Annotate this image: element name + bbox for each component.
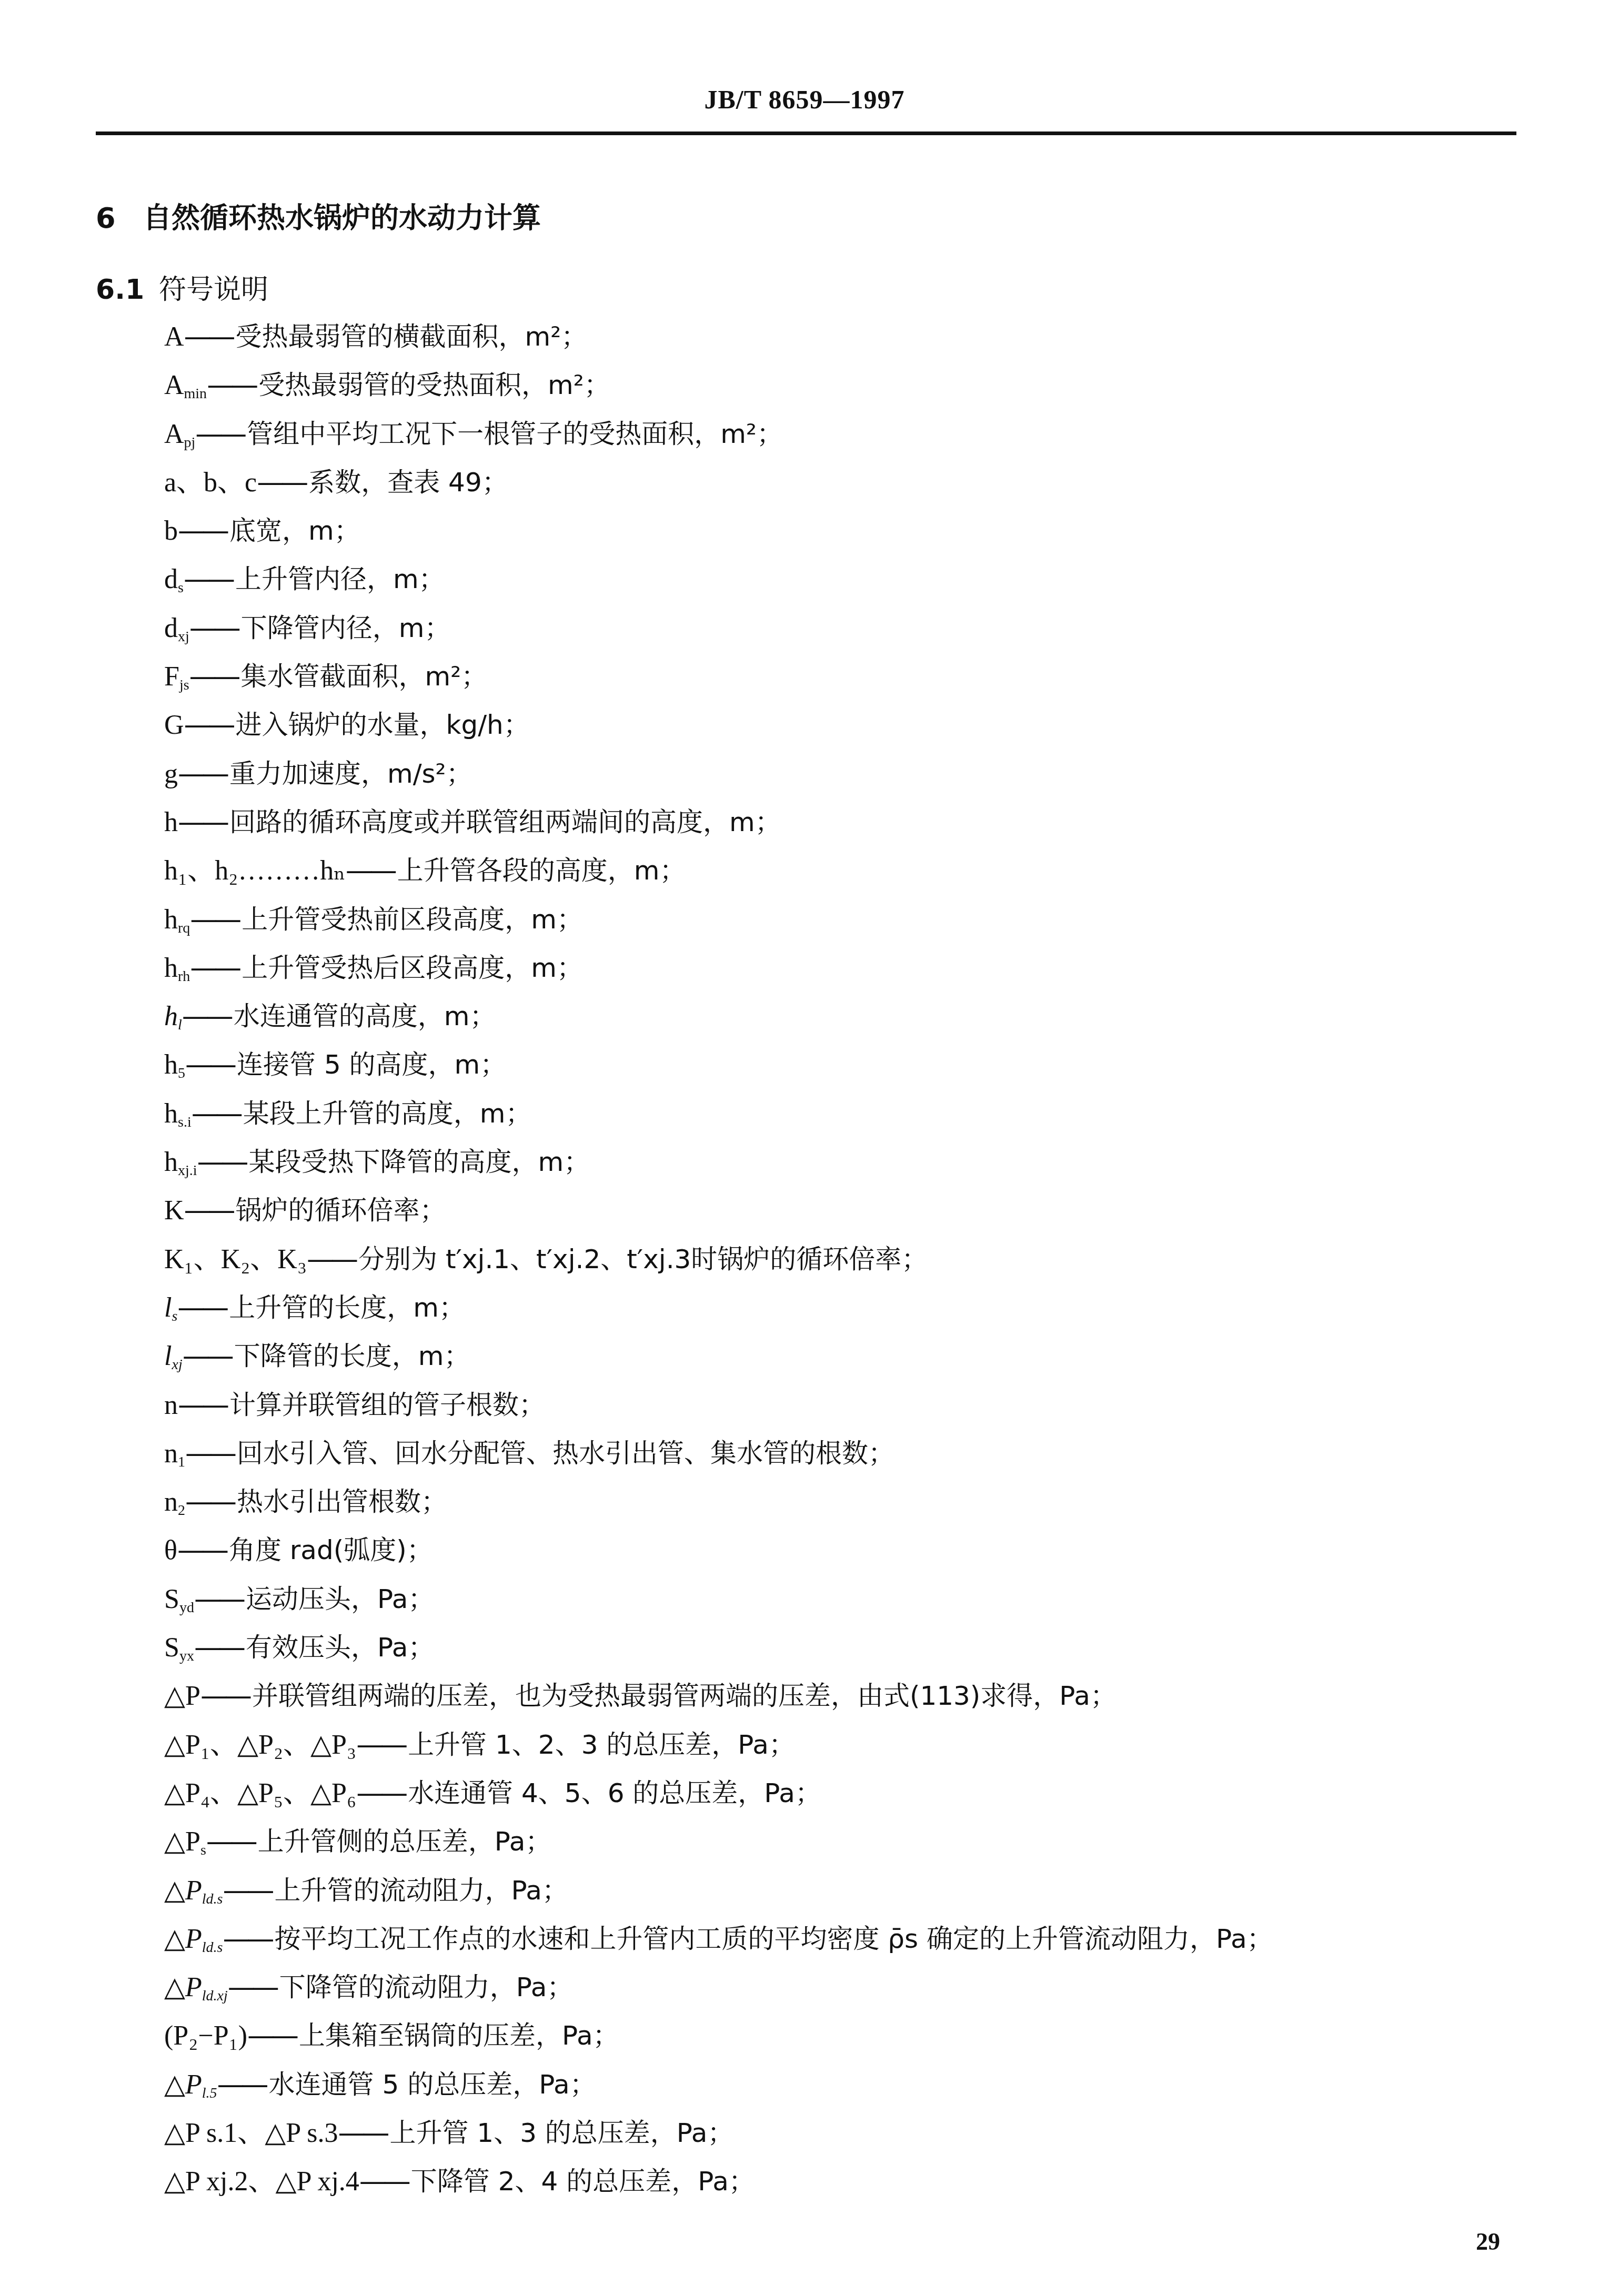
em-dash-separator: ——: [185, 1438, 234, 1469]
em-dash-separator: ——: [185, 1486, 234, 1518]
em-dash-separator: ——: [207, 369, 255, 401]
em-dash-separator: ——: [338, 2117, 386, 2149]
em-dash-separator: ——: [247, 2020, 296, 2051]
symbol: △Pld.s: [164, 1876, 223, 1906]
em-dash-separator: ——: [192, 1098, 240, 1129]
symbol-entry: △Pld.xj——下降管的流动阻力，Pa；: [164, 1963, 1532, 2011]
symbol-description: 上升管内径，m；: [235, 564, 445, 594]
symbol-description: 下降管 2、4 的总压差，Pa；: [411, 2166, 755, 2197]
symbol-entry: Syx——有效压头，Pa；: [164, 1623, 1532, 1672]
symbol: θ: [164, 1535, 177, 1565]
section-title: 自然循环热水锅炉的水动力计算: [143, 201, 541, 235]
symbol-entry: △Pld.s——按平均工况工作点的水速和上升管内工质的平均密度 ρ̄s 确定的上…: [164, 1915, 1532, 1963]
symbol-description: 水连通管的高度，m；: [234, 1001, 496, 1031]
em-dash-separator: ——: [194, 1583, 243, 1615]
symbol: Fjs: [164, 662, 189, 692]
em-dash-separator: ——: [307, 1243, 355, 1275]
symbol-entry: Apj——管组中平均工况下一根管子的受热面积，m²；: [164, 410, 1532, 458]
symbol: △Pld.s: [164, 1924, 223, 1954]
symbol-description: 水连通管 5 的总压差，Pa；: [269, 2069, 596, 2100]
symbol: △Pld.xj: [164, 1973, 228, 2002]
em-dash-separator: ——: [223, 1875, 271, 1906]
symbol-description: 下降管内径，m；: [241, 613, 451, 643]
symbol-entry: (P₂−P₁)——上集箱至锅筒的压差，Pa；: [164, 2011, 1532, 2060]
header-rule: [96, 132, 1516, 135]
symbol-entry: hrh——上升管受热后区段高度，m；: [164, 944, 1532, 992]
symbol-description: 回路的循环高度或并联管组两端间的高度，m；: [229, 807, 781, 837]
em-dash-separator: ——: [206, 1826, 255, 1857]
symbol-entry: g——重力加速度，m/s²；: [164, 750, 1532, 798]
symbol-description: 系数，查表 49；: [308, 467, 508, 498]
symbol-entry: dxj——下降管内径，m；: [164, 604, 1532, 652]
symbol-entry: △P₁、△P₂、△P₃——上升管 1、2、3 的总压差，Pa；: [164, 1721, 1532, 1769]
symbol-entry: hs.i——某段上升管的高度，m；: [164, 1089, 1532, 1138]
symbol-description: 并联管组两端的压差，也为受热最弱管两端的压差，由式(113)求得，Pa；: [252, 1681, 1117, 1711]
symbol: △P s.1、△P s.3: [164, 2118, 338, 2148]
symbol-description: 上升管 1、2、3 的总压差，Pa；: [408, 1729, 795, 1760]
em-dash-separator: ——: [183, 1340, 231, 1372]
em-dash-separator: ——: [184, 709, 233, 741]
symbol-entry: G——进入锅炉的水量，kg/h；: [164, 701, 1532, 749]
subsection-heading: 6.1符号说明: [96, 267, 268, 307]
section-heading: 6自然循环热水锅炉的水动力计算: [96, 196, 541, 236]
symbol-entry: a、b、c——系数，查表 49；: [164, 458, 1532, 507]
symbol: Apj: [164, 419, 195, 449]
symbol-entry: Fjs——集水管截面积，m²；: [164, 652, 1532, 701]
symbol: h5: [164, 1050, 185, 1080]
symbol: n1: [164, 1439, 185, 1469]
symbol: ds: [164, 564, 184, 594]
symbol-description: 受热最弱管的横截面积，m²；: [236, 321, 588, 352]
symbol: △Pl.5: [164, 2070, 217, 2100]
symbol-description: 水连通管 4、5、6 的总压差，Pa；: [408, 1778, 821, 1808]
symbol: h₁、h₂………hₙ: [164, 856, 346, 886]
em-dash-separator: ——: [178, 1389, 226, 1421]
symbol: a、b、c: [164, 468, 257, 498]
em-dash-separator: ——: [197, 1146, 246, 1178]
symbol-description: 上升管 1、3 的总压差，Pa；: [389, 2118, 733, 2148]
symbol-description: 上升管的流动阻力，Pa；: [274, 1875, 568, 1906]
symbol-description: 计算并联管组的管子根数；: [229, 1390, 545, 1420]
em-dash-separator: ——: [223, 1923, 271, 1955]
symbol: n: [164, 1390, 178, 1420]
symbol: hrh: [164, 953, 190, 983]
symbol: △P₁、△P₂、△P₃: [164, 1730, 356, 1760]
symbol-entry: hrq——上升管受热前区段高度，m；: [164, 895, 1532, 944]
symbol-entry: △Ps——上升管侧的总压差，Pa；: [164, 1817, 1532, 1866]
symbol: hrq: [164, 905, 190, 935]
em-dash-separator: ——: [200, 1680, 249, 1712]
symbol-description: 下降管的流动阻力，Pa；: [279, 1972, 574, 2002]
symbol-description: 某段受热下降管的高度，m；: [249, 1147, 590, 1177]
symbol-description: 某段上升管的高度，m；: [243, 1098, 532, 1129]
em-dash-separator: ——: [178, 806, 226, 838]
symbol: △P₄、△P₅、△P₆: [164, 1778, 356, 1808]
em-dash-separator: ——: [228, 1971, 276, 2003]
em-dash-separator: ——: [356, 1729, 405, 1761]
symbol-entry: △P₄、△P₅、△P₆——水连通管 4、5、6 的总压差，Pa；: [164, 1769, 1532, 1817]
symbol: hs.i: [164, 1099, 192, 1129]
em-dash-separator: ——: [195, 418, 244, 450]
symbol-entry: △P s.1、△P s.3——上升管 1、3 的总压差，Pa；: [164, 2109, 1532, 2157]
symbol: lxj: [164, 1341, 183, 1371]
em-dash-separator: ——: [177, 1534, 226, 1566]
symbol: A: [164, 322, 184, 352]
symbol-entry: h——回路的循环高度或并联管组两端间的高度，m；: [164, 798, 1532, 846]
subsection-number: 6.1: [96, 274, 159, 306]
symbol-entry: lxj——下降管的长度，m；: [164, 1332, 1532, 1380]
em-dash-separator: ——: [359, 2166, 408, 2197]
symbol: hl: [164, 1002, 182, 1031]
symbol: K: [164, 1196, 184, 1226]
em-dash-separator: ——: [356, 1777, 405, 1809]
symbol-entry: n1——回水引入管、回水分配管、热水引出管、集水管的根数；: [164, 1429, 1532, 1478]
symbol-description: 按平均工况工作点的水速和上升管内工质的平均密度 ρ̄s 确定的上升管流动阻力，P…: [274, 1924, 1273, 1954]
symbol-entry: Amin——受热最弱管的受热面积，m²；: [164, 361, 1532, 409]
symbol-entry: ds——上升管内径，m；: [164, 555, 1532, 603]
symbol-entry: n——计算并联管组的管子根数；: [164, 1381, 1532, 1429]
symbol-entry: h5——连接管 5 的高度，m；: [164, 1040, 1532, 1089]
symbol: Syx: [164, 1633, 194, 1663]
symbol: Amin: [164, 370, 207, 400]
symbol: (P₂−P₁): [164, 2021, 247, 2051]
symbol-description: 锅炉的循环倍率；: [236, 1195, 446, 1226]
em-dash-separator: ——: [217, 2069, 266, 2100]
symbol-description: 上升管的长度，m；: [229, 1292, 465, 1323]
symbol-list: A——受热最弱管的横截面积，m²；Amin——受热最弱管的受热面积，m²；Apj…: [164, 312, 1532, 2206]
symbol: b: [164, 516, 178, 546]
em-dash-separator: ——: [257, 467, 305, 498]
em-dash-separator: ——: [184, 321, 233, 352]
symbol: n2: [164, 1487, 185, 1517]
subsection-title: 符号说明: [159, 274, 268, 306]
section-number: 6: [96, 201, 143, 235]
symbol-entry: θ——角度 rad(弧度)；: [164, 1526, 1532, 1574]
symbol-description: 分别为 t′xj.1、t′xj.2、t′xj.3时锅炉的循环倍率；: [358, 1244, 928, 1275]
symbol-description: 进入锅炉的水量，kg/h；: [236, 710, 530, 740]
symbol: ls: [164, 1293, 177, 1323]
page-number: 29: [1476, 2228, 1500, 2255]
symbol-entry: K₁、K₂、K₃——分别为 t′xj.1、t′xj.2、t′xj.3时锅炉的循环…: [164, 1235, 1532, 1283]
symbol-description: 连接管 5 的高度，m；: [237, 1049, 506, 1080]
symbol-entry: ls——上升管的长度，m；: [164, 1283, 1532, 1332]
standard-code-header: JB/T 8659—1997: [0, 84, 1609, 115]
symbol: g: [164, 759, 178, 789]
em-dash-separator: ——: [178, 515, 226, 547]
symbol-description: 管组中平均工况下一根管子的受热面积，m²；: [247, 419, 783, 449]
em-dash-separator: ——: [177, 1292, 226, 1323]
symbol: h: [164, 807, 178, 837]
symbol-entry: h₁、h₂………hₙ——上升管各段的高度，m；: [164, 846, 1532, 895]
symbol-description: 回水引入管、回水分配管、热水引出管、集水管的根数；: [237, 1438, 894, 1469]
symbol-description: 受热最弱管的受热面积，m²；: [258, 370, 610, 400]
symbol: hxj.i: [164, 1147, 197, 1177]
em-dash-separator: ——: [185, 1049, 234, 1080]
symbol-description: 上升管受热后区段高度，m；: [242, 953, 583, 983]
symbol-entry: △Pld.s——上升管的流动阻力，Pa；: [164, 1866, 1532, 1915]
em-dash-separator: ——: [184, 1195, 233, 1226]
symbol: △Ps: [164, 1827, 206, 1857]
symbol-description: 底宽，m；: [229, 515, 360, 546]
em-dash-separator: ——: [194, 1632, 243, 1663]
symbol-description: 热水引出管根数；: [237, 1486, 447, 1517]
symbol-description: 上升管侧的总压差，Pa；: [258, 1826, 552, 1857]
symbol-description: 重力加速度，m/s²；: [229, 758, 472, 789]
symbol-entry: A——受热最弱管的横截面积，m²；: [164, 312, 1532, 361]
symbol-entry: n2——热水引出管根数；: [164, 1478, 1532, 1526]
symbol-entry: Syd——运动压头，Pa；: [164, 1575, 1532, 1623]
symbol-description: 上升管各段的高度，m；: [397, 855, 686, 886]
symbol-entry: △Pl.5——水连通管 5 的总压差，Pa；: [164, 2060, 1532, 2109]
symbol-description: 下降管的长度，m；: [234, 1341, 470, 1371]
em-dash-separator: ——: [182, 1000, 230, 1032]
symbol: △P: [164, 1681, 200, 1711]
symbol: dxj: [164, 613, 189, 643]
symbol-entry: hl——水连通管的高度，m；: [164, 992, 1532, 1040]
symbol-entry: K——锅炉的循环倍率；: [164, 1186, 1532, 1235]
symbol: △P xj.2、△P xj.4: [164, 2167, 359, 2197]
symbol-description: 集水管截面积，m²；: [241, 661, 488, 692]
em-dash-separator: ——: [346, 855, 394, 886]
symbol-description: 上集箱至锅筒的压差，Pa；: [299, 2020, 619, 2051]
em-dash-separator: ——: [184, 563, 232, 595]
symbol-entry: △P xj.2、△P xj.4——下降管 2、4 的总压差，Pa；: [164, 2157, 1532, 2206]
symbol-description: 上升管受热前区段高度，m；: [242, 904, 583, 935]
em-dash-separator: ——: [178, 758, 226, 790]
em-dash-separator: ——: [189, 661, 238, 692]
symbol-entry: b——底宽，m；: [164, 507, 1532, 555]
em-dash-separator: ——: [190, 904, 238, 935]
em-dash-separator: ——: [190, 952, 238, 984]
symbol-entry: hxj.i——某段受热下降管的高度，m；: [164, 1138, 1532, 1186]
symbol-description: 角度 rad(弧度)；: [229, 1535, 433, 1565]
symbol: Syd: [164, 1584, 194, 1614]
symbol: G: [164, 710, 184, 740]
symbol: K₁、K₂、K₃: [164, 1245, 307, 1275]
symbol-description: 有效压头，Pa；: [246, 1632, 435, 1663]
symbol-entry: △P——并联管组两端的压差，也为受热最弱管两端的压差，由式(113)求得，Pa；: [164, 1672, 1532, 1720]
em-dash-separator: ——: [189, 612, 238, 644]
symbol-description: 运动压头，Pa；: [246, 1584, 435, 1614]
